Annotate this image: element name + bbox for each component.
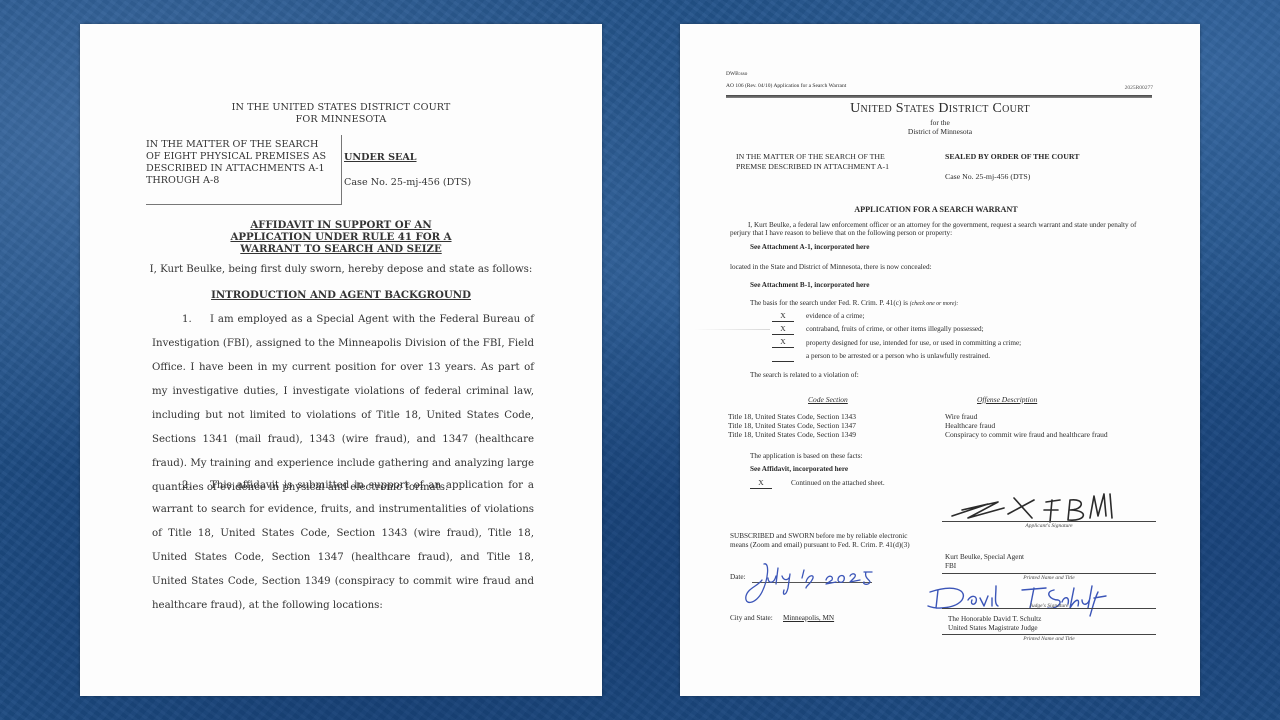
located-text: located in the State and District of Min… <box>730 263 932 271</box>
application-page: DWB:sso AO 106 (Rev. 04/10) Application … <box>680 24 1200 696</box>
printed-name-label: Printed Name and Title <box>942 636 1156 642</box>
checkbox-label: a person to be arrested or a person who … <box>806 352 990 360</box>
applicant-name-line <box>942 573 1156 574</box>
case-caption: IN THE MATTER OF THE SEARCH OF EIGHT PHY… <box>146 135 342 205</box>
applicant-signature <box>948 488 1128 528</box>
applicant-printed-name: Kurt Beulke, Special Agent FBI <box>945 553 1024 571</box>
file-code: 2025R00277 <box>1125 85 1153 91</box>
court-heading: IN THE UNITED STATES DISTRICT COURT FOR … <box>80 102 602 126</box>
facts-text: The application is based on these facts: <box>750 452 863 460</box>
judge-printed-name: The Honorable David T. Schultz United St… <box>948 615 1041 633</box>
sealed-notice: SEALED BY ORDER OF THE COURT <box>945 152 1079 161</box>
checkbox-label: contraband, fruits of crime, or other it… <box>806 325 984 333</box>
checkbox-person <box>772 350 794 362</box>
section-heading: INTRODUCTION AND AGENT BACKGROUND <box>80 289 602 301</box>
checkbox-label: evidence of a crime; <box>806 312 864 320</box>
related-text: The search is related to a violation of: <box>750 371 859 379</box>
attachment-a: See Attachment A-1, incorporated here <box>750 243 869 251</box>
application-title: APPLICATION FOR A SEARCH WARRANT <box>680 205 1192 214</box>
district: District of Minnesota <box>680 127 1200 136</box>
continued-text: Continued on the attached sheet. <box>791 479 885 487</box>
case-number: Case No. 25-mj-456 (DTS) <box>945 172 1030 181</box>
applicant-signature-label: Applicant's Signature <box>942 523 1156 529</box>
checkbox-label: property designed for use, intended for … <box>806 339 1021 347</box>
affidavit-page: IN THE UNITED STATES DISTRICT COURT FOR … <box>80 24 602 696</box>
judge-signature <box>924 578 1114 618</box>
city-value: Minneapolis, MN <box>783 614 834 622</box>
case-caption: IN THE MATTER OF THE SEARCH OF THE PREMS… <box>736 152 889 172</box>
checkbox-property: X <box>772 336 794 348</box>
table-row: Conspiracy to commit wire fraud and heal… <box>945 430 1108 439</box>
table-row: Title 18, United States Code, Section 13… <box>728 421 856 430</box>
table-row: Healthcare fraud <box>945 421 1108 430</box>
subscribed-text: SUBSCRIBED and SWORN before me by reliab… <box>730 532 926 549</box>
form-id: AO 106 (Rev. 04/10) Application for a Se… <box>726 83 846 89</box>
continued-checkbox: X <box>750 477 772 489</box>
code-sections: Title 18, United States Code, Section 13… <box>728 412 856 439</box>
document-title: AFFIDAVIT IN SUPPORT OF AN APPLICATION U… <box>80 219 602 255</box>
paragraph-1: 1.I am employed as a Special Agent with … <box>152 308 534 500</box>
header-rule <box>726 95 1152 98</box>
offense-descriptions: Wire fraud Healthcare fraud Conspiracy t… <box>945 412 1108 439</box>
court-heading: United States District Court <box>680 101 1200 117</box>
table-row: Title 18, United States Code, Section 13… <box>728 412 856 421</box>
facts-attachment: See Affidavit, incorporated here <box>750 465 848 473</box>
table-row: Title 18, United States Code, Section 13… <box>728 430 856 439</box>
handwritten-date <box>740 560 880 610</box>
checkbox-evidence: X <box>772 310 794 322</box>
affiant-intro: I, Kurt Beulke, being first duly sworn, … <box>80 264 602 275</box>
application-body: I, Kurt Beulke, a federal law enforcemen… <box>730 221 1142 238</box>
header-initials: DWB:sso <box>726 71 747 77</box>
judge-signature-label: Judge's Signature <box>942 603 1156 609</box>
scan-artifact-line <box>694 329 770 330</box>
basis-text: The basis for the search under Fed. R. C… <box>750 299 958 307</box>
seal-notice: UNDER SEAL <box>344 152 417 163</box>
for-the: for the <box>680 118 1200 127</box>
city-label: City and State: <box>730 614 773 622</box>
paragraph-2: 2.This affidavit is submitted in support… <box>152 474 534 618</box>
judge-name-line <box>942 634 1156 635</box>
column-header-code: Code Section <box>808 395 848 404</box>
column-header-offense: Offense Description <box>977 395 1037 404</box>
applicant-signature-line <box>942 521 1156 522</box>
checkbox-contraband: X <box>772 323 794 335</box>
case-number: Case No. 25-mj-456 (DTS) <box>344 177 471 188</box>
attachment-b: See Attachment B-1, incorporated here <box>750 281 869 289</box>
table-row: Wire fraud <box>945 412 1108 421</box>
